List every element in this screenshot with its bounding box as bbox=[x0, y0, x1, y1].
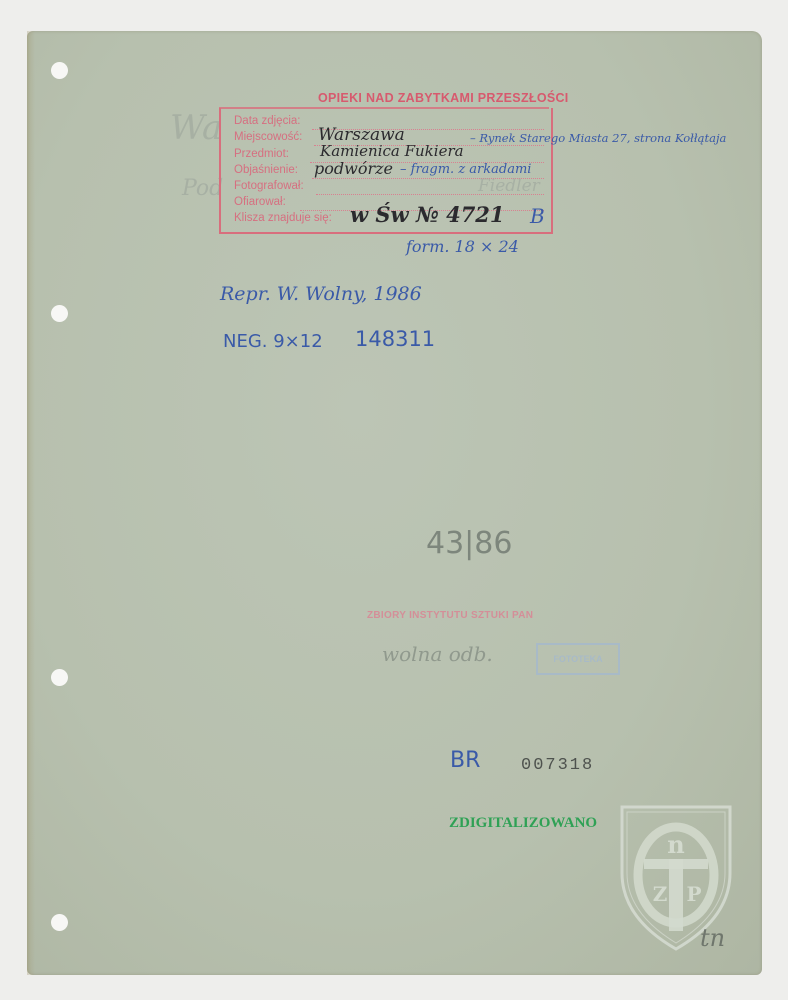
neg-label: NEG. 9×12 bbox=[223, 331, 323, 352]
svg-text:P: P bbox=[686, 882, 701, 906]
punch-hole-4 bbox=[51, 914, 68, 931]
field-label-subject: Przedmiot: bbox=[234, 148, 289, 160]
serial-number: 007318 bbox=[521, 756, 594, 775]
pencil-mark-left-2: Pod bbox=[182, 176, 223, 201]
field-value-plate: w Św № 4721 bbox=[350, 202, 505, 227]
neg-number: 148311 bbox=[355, 327, 435, 351]
field-label-photographer: Fotografował: bbox=[234, 180, 304, 192]
plate-suffix: B bbox=[530, 204, 545, 228]
field-label-date: Data zdjęcia: bbox=[234, 115, 300, 127]
field-label-plate: Klisza znajduje się: bbox=[234, 212, 332, 224]
collection-stamp: ZBIORY INSTYTUTU SZTUKI PAN bbox=[367, 610, 533, 621]
page-mark: 43|86 bbox=[426, 526, 512, 561]
field-label-place: Miejscowość: bbox=[234, 131, 302, 143]
description-note: – fragm. z arkadami bbox=[400, 162, 531, 177]
punch-hole-3 bbox=[51, 669, 68, 686]
format-note: form. 18 × 24 bbox=[406, 237, 519, 256]
fototeka-stamp: FOTOTEKA bbox=[536, 643, 620, 675]
svg-text:n: n bbox=[667, 830, 684, 859]
corner-initials: tn bbox=[700, 924, 725, 952]
svg-text:Z: Z bbox=[653, 882, 668, 906]
pencil-mark-left-1: Wa bbox=[170, 108, 222, 148]
punch-hole-2 bbox=[51, 305, 68, 322]
br-label: BR bbox=[450, 748, 480, 773]
repro-note: Repr. W. Wolny, 1986 bbox=[220, 283, 422, 305]
pencil-faint-name: Fiedler bbox=[478, 176, 540, 196]
field-value-description: podwórze bbox=[314, 159, 393, 178]
digitized-stamp: ZDIGITALIZOWANO bbox=[449, 815, 597, 832]
field-value-subject: Kamienica Fukiera bbox=[320, 142, 464, 160]
field-label-donor: Ofiarował: bbox=[234, 196, 286, 208]
field-label-description: Objaśnienie: bbox=[234, 164, 298, 176]
stamp-header: OPIEKI NAD ZABYTKAMI PRZESZŁOŚCI bbox=[318, 91, 569, 105]
pencil-note: wolna odb. bbox=[382, 642, 493, 666]
punch-hole-1 bbox=[51, 62, 68, 79]
paper-edge-stain bbox=[27, 31, 35, 975]
location-note: – Rynek Starego Miasta 27, strona Kołłąt… bbox=[470, 131, 726, 145]
